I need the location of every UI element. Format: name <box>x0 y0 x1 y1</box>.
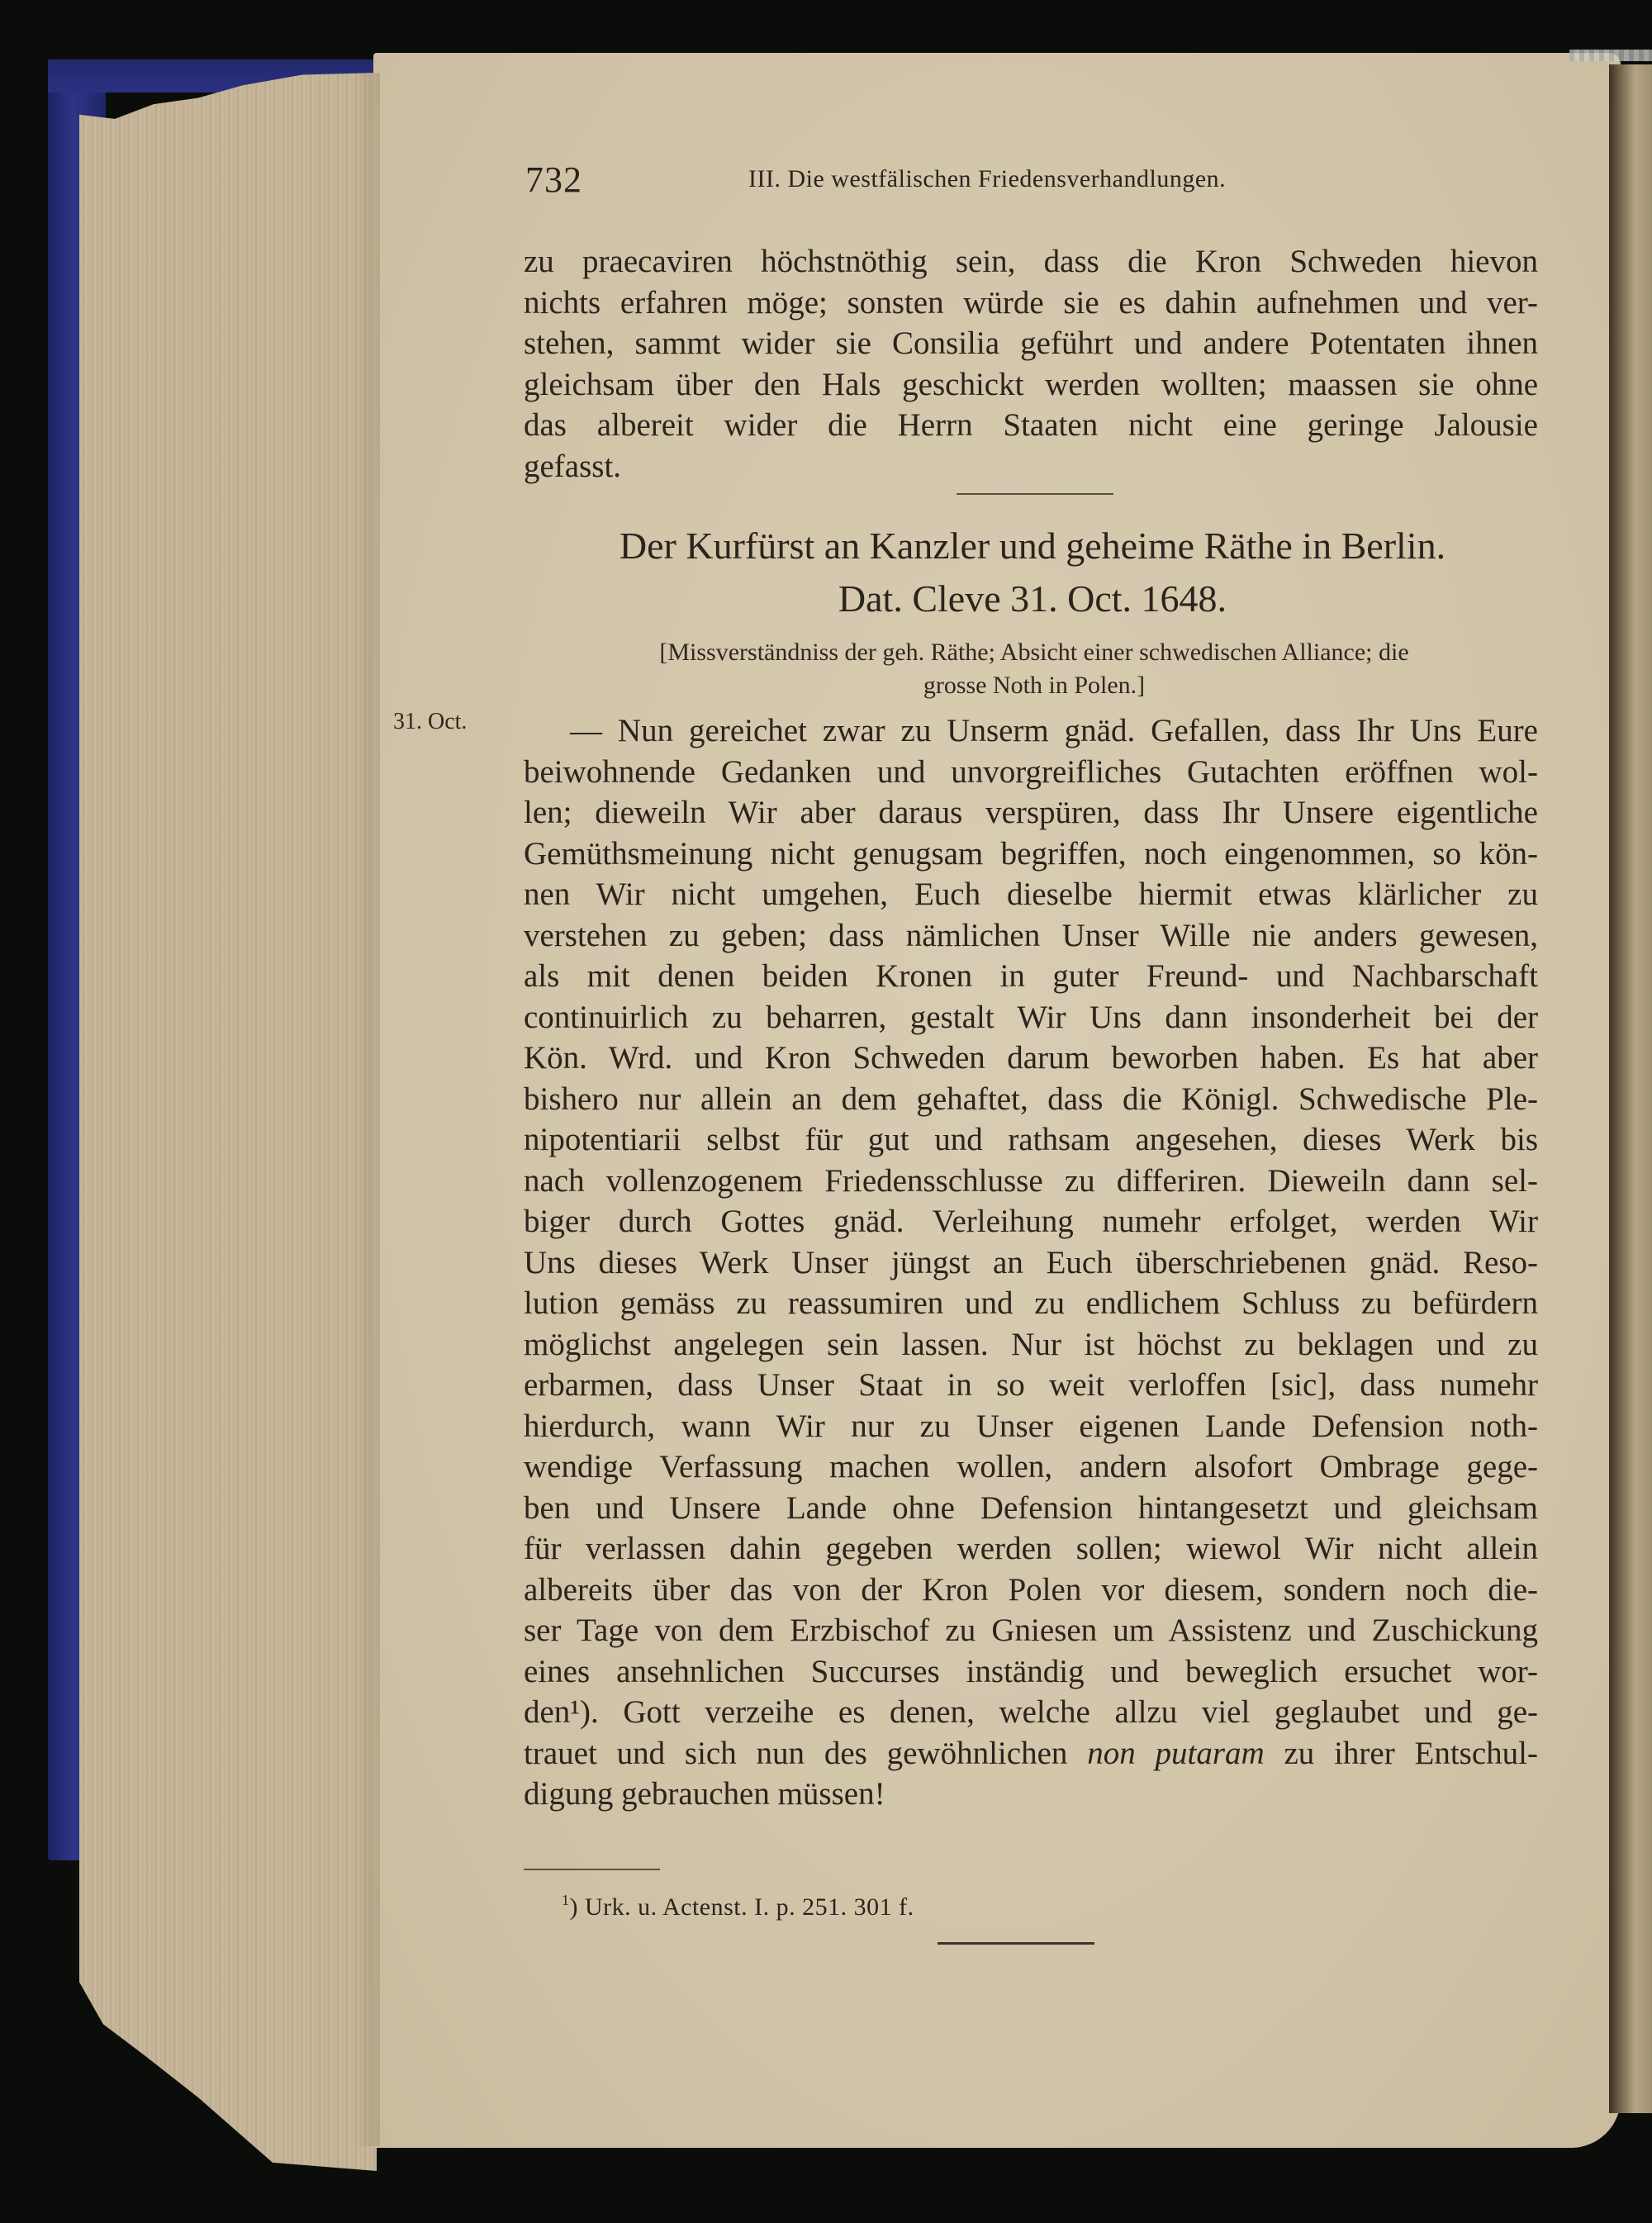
text-line: als mit denen beiden Kronen in guter Fre… <box>524 956 1538 997</box>
text-line: albereits über das von der Kron Polen vo… <box>524 1570 1538 1611</box>
continuation-paragraph: zu praecaviren höchstnöthig sein, dass d… <box>524 241 1538 487</box>
text-line: für verlassen dahin gegeben werden solle… <box>524 1528 1538 1570</box>
footnote-marker: 1 <box>562 1892 570 1908</box>
summary-line: [Missverständniss der geh. Räthe; Absich… <box>540 636 1528 669</box>
text-line: das albereit wider die Herrn Staaten nic… <box>524 405 1538 446</box>
text-line: lution gemäss zu reassumiren und zu endl… <box>524 1283 1538 1324</box>
text-line: nach vollenzogenem Friedensschlusse zu d… <box>524 1161 1538 1202</box>
text-line: Kön. Wrd. und Kron Schweden darum beworb… <box>524 1038 1538 1079</box>
text-line: biger durch Gottes gnäd. Verleihung nume… <box>524 1201 1538 1242</box>
text-line: zu praecaviren höchstnöthig sein, dass d… <box>524 241 1538 283</box>
text-line: gleichsam über den Hals geschickt werden… <box>524 364 1538 406</box>
text-line: len; dieweiln Wir aber daraus verspüren,… <box>524 792 1538 834</box>
text-line: stehen, sammt wider sie Consilia geführt… <box>524 323 1538 364</box>
text-line: verstehen zu geben; dass nämlichen Unser… <box>524 915 1538 957</box>
text-segment: zu ihrer Entschul- <box>1265 1736 1538 1771</box>
document-title: Der Kurfürst an Kanzler und geheime Räth… <box>529 524 1536 568</box>
end-rule <box>938 1942 1094 1945</box>
text-line: erbarmen, dass Unser Staat in so weit ve… <box>524 1365 1538 1406</box>
text-line: ben und Unsere Lande ohne Defension hint… <box>524 1488 1538 1529</box>
text-line: Gemüthsmeinung nicht genugsam begriffen,… <box>524 834 1538 875</box>
text-segment: trauet und sich nun des gewöhnlichen <box>524 1736 1087 1771</box>
margin-date-note: 31. Oct. <box>393 709 467 735</box>
latin-phrase: non putaram <box>1087 1736 1264 1771</box>
text-line: wendige Verfassung machen wollen, andern… <box>524 1446 1538 1488</box>
main-paragraph: — Nun gereichet zwar zu Unserm gnäd. Gef… <box>524 710 1538 1815</box>
document-date: Dat. Cleve 31. Oct. 1648. <box>529 577 1536 620</box>
text-line: trauet und sich nun des gewöhnlichen non… <box>524 1733 1538 1774</box>
text-line: Uns dieses Werk Unser jüngst an Euch übe… <box>524 1242 1538 1284</box>
page-number: 732 <box>525 159 582 201</box>
text-line: beiwohnende Gedanken und unvorgreifliche… <box>524 752 1538 793</box>
page-content: 732 III. Die westfälischen Friedensverha… <box>0 0 1652 2223</box>
document-summary: [Missverständniss der geh. Räthe; Absich… <box>540 636 1528 702</box>
text-line: möglichst angelegen sein lassen. Nur ist… <box>524 1324 1538 1366</box>
text-line: gefasst. <box>524 446 1538 487</box>
summary-line: grosse Noth in Polen.] <box>540 669 1528 702</box>
text-line: ser Tage von dem Erzbischof zu Gniesen u… <box>524 1610 1538 1651</box>
text-line: nipotentiarii selbst für gut und rathsam… <box>524 1119 1538 1161</box>
running-title: III. Die westfälischen Friedensverhandlu… <box>748 165 1226 193</box>
footnote-rule <box>524 1869 660 1870</box>
text-line: continuirlich zu beharren, gestalt Wir U… <box>524 997 1538 1038</box>
footnote: 1) Urk. u. Actenst. I. p. 251. 301 f. <box>562 1892 914 1921</box>
running-head: 732 III. Die westfälischen Friedensverha… <box>525 159 1550 208</box>
text-line: nen Wir nicht umgehen, Euch dieselbe hie… <box>524 874 1538 915</box>
section-divider <box>957 493 1113 495</box>
text-line: bishero nur allein an dem gehaftet, dass… <box>524 1079 1538 1120</box>
text-line: den¹). Gott verzeihe es denen, welche al… <box>524 1692 1538 1733</box>
text-line: — Nun gereichet zwar zu Unserm gnäd. Gef… <box>524 710 1538 752</box>
text-line: digung gebrauchen müssen! <box>524 1774 1538 1815</box>
text-line: eines ansehnlichen Succurses inständig u… <box>524 1651 1538 1693</box>
text-line: hierdurch, wann Wir nur zu Unser eigenen… <box>524 1406 1538 1447</box>
text-line: nichts erfahren möge; sonsten würde sie … <box>524 283 1538 324</box>
footnote-text: ) Urk. u. Actenst. I. p. 251. 301 f. <box>570 1893 914 1921</box>
